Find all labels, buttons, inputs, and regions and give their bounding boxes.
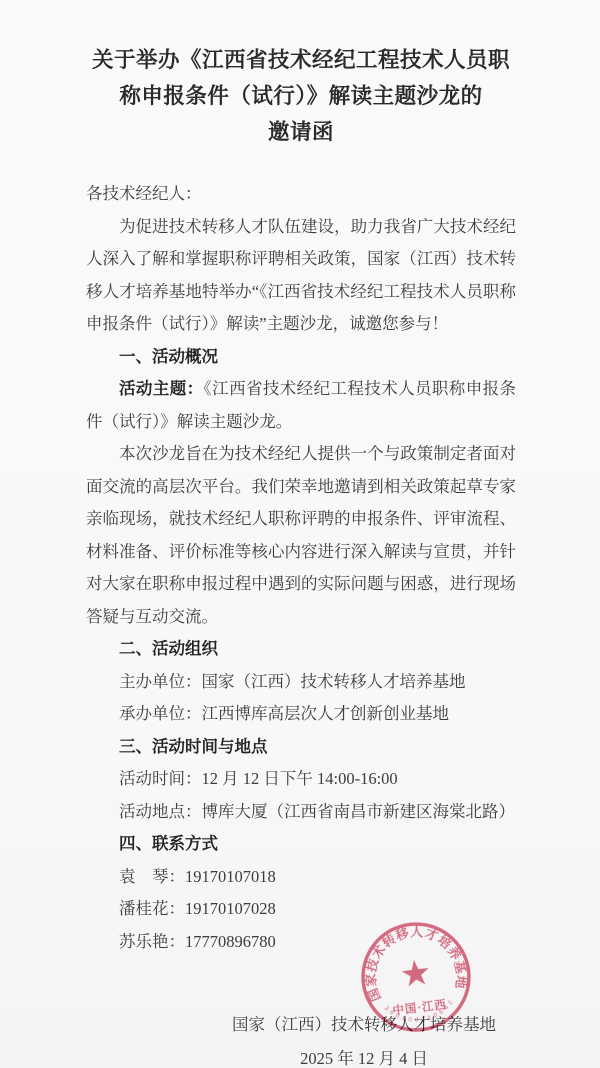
info-line: 活动地点：博库大厦（江西省南昌市新建区海棠北路） [86,796,516,829]
document-title-line: 邀请函 [86,114,516,150]
salutation: 各技术经纪人： [86,178,516,211]
section-heading: 一、活动概况 [86,341,516,374]
document-title: 关于举办《江西省技术经纪工程技术人员职称申报条件（试行）》解读主题沙龙的邀请函 [86,42,516,150]
body-paragraph: 活动主题：《江西省技术经纪工程技术人员职称申报条件（试行）》解读主题沙龙。 [86,373,516,438]
section-heading: 二、活动组织 [86,633,516,666]
section-heading: 四、联系方式 [86,828,516,861]
document-content: 关于举办《江西省技术经纪工程技术人员职称申报条件（试行）》解读主题沙龙的邀请函 … [0,0,600,1068]
body-paragraph: 本次沙龙旨在为技术经纪人提供一个与政策制定者面对面交流的高层次平台。我们荣幸地邀… [86,438,516,633]
info-line: 主办单位：国家（江西）技术转移人才培养基地 [86,666,516,699]
body-paragraph: 为促进技术转移人才队伍建设，助力我省广大技术经纪人深入了解和掌握职称评聘相关政策… [86,211,516,341]
info-line: 活动时间：12 月 12 日下午 14:00-16:00 [86,763,516,796]
paragraph-bold-label: 活动主题： [119,380,204,398]
seal-center-text: 中国·江西 [392,997,448,1018]
seal-star-icon [400,958,430,987]
info-line: 承办单位：江西博库高层次人才创新创业基地 [86,698,516,731]
official-seal-stamp: 国家技术转移人才培养基地 中国·江西 3601001106423 [352,913,479,1040]
document-page: 关于举办《江西省技术经纪工程技术人员职称申报条件（试行）》解读主题沙龙的邀请函 … [0,0,600,1068]
section-heading: 三、活动时间与地点 [86,731,516,764]
document-title-line: 称申报条件（试行）》解读主题沙龙的 [86,78,516,114]
document-title-line: 关于举办《江西省技术经纪工程技术人员职 [86,42,516,78]
info-line: 袁 琴：19170107018 [86,861,516,894]
signature-date: 2025 年 12 月 4 日 [232,1042,496,1068]
document-body: 为促进技术转移人才队伍建设，助力我省广大技术经纪人深入了解和掌握职称评聘相关政策… [86,211,516,959]
